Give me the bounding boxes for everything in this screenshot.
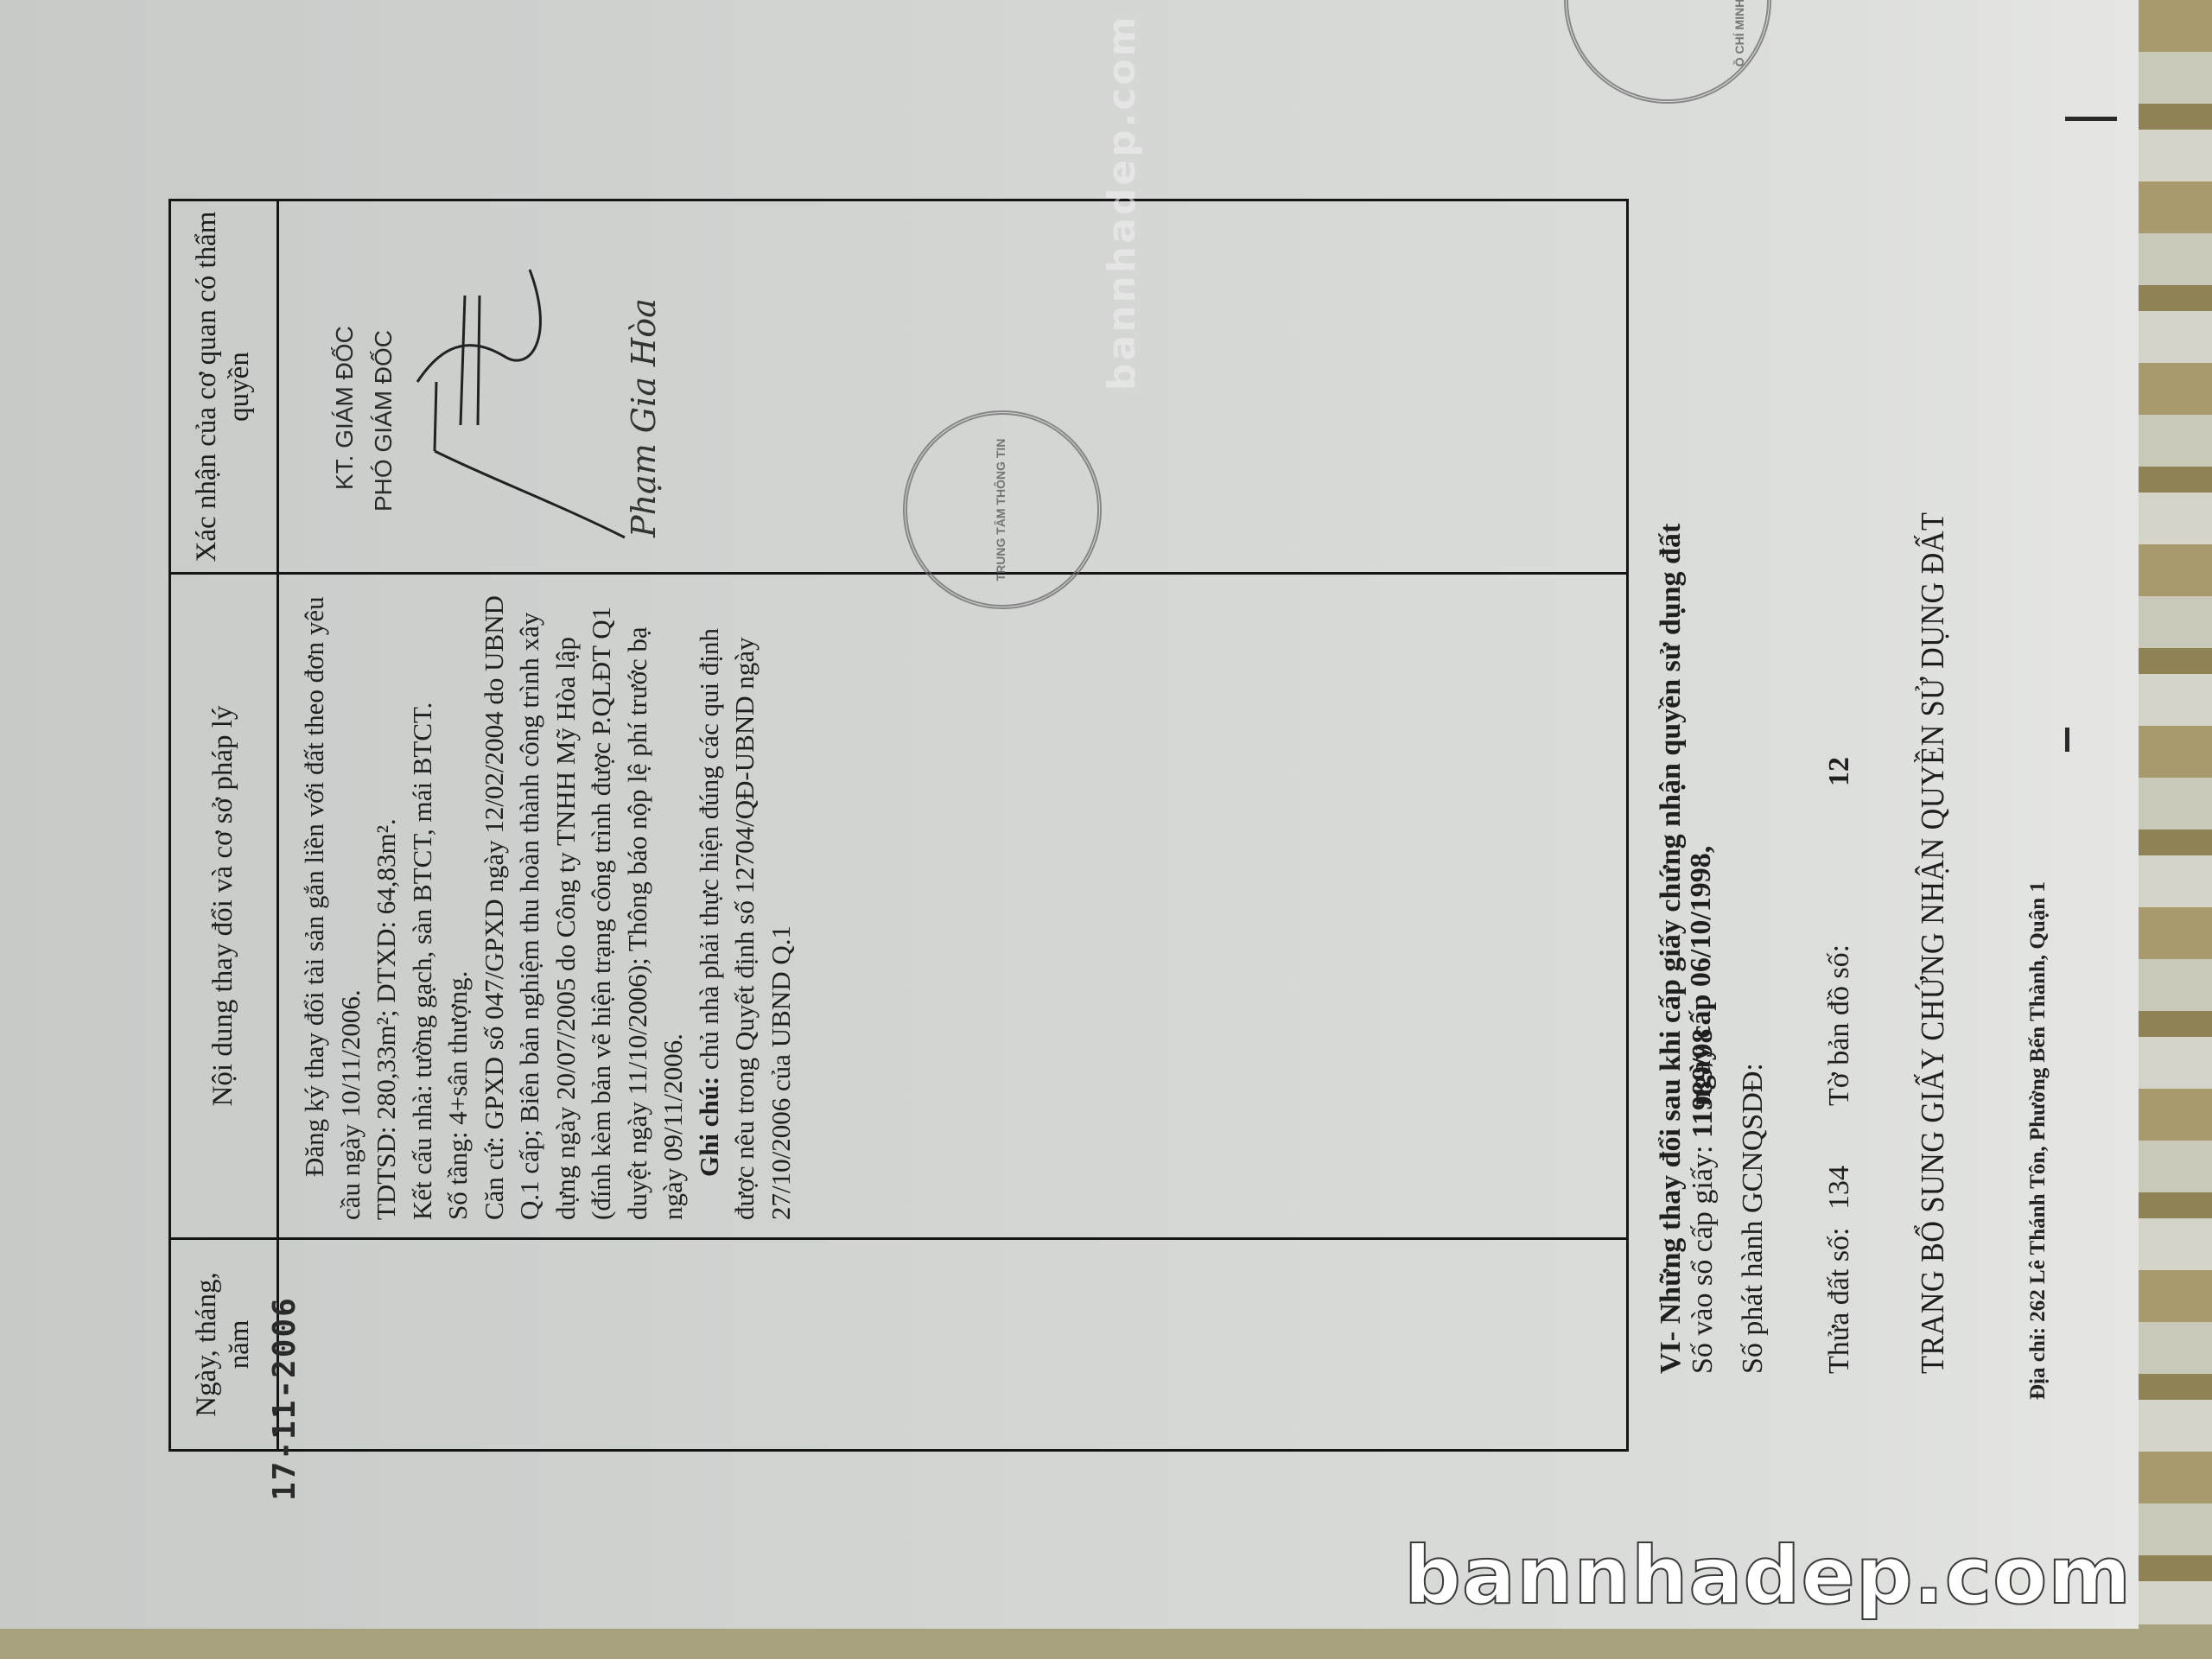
map-sheet-value: 12	[1823, 757, 1856, 786]
rotated-document: Địa chỉ: 262 Lê Thánh Tôn, Phường Bến Th…	[0, 0, 2143, 1659]
issue-number-label: Số phát hành GCNQSDĐ:	[1737, 1063, 1770, 1374]
entry-date: 17-11-2006	[267, 1296, 302, 1501]
watermark-logo: bannhadep.com	[1404, 1529, 2132, 1622]
issue-date: ngày cấp 06/10/1998,	[1685, 846, 1718, 1106]
content-note: Ghi chú: chủ nhà phải thực hiện đúng các…	[691, 581, 799, 1220]
map-sheet-label: Tờ bản đồ số:	[1823, 944, 1856, 1106]
background-fabric	[2134, 0, 2212, 1659]
content-line-area: TDTSD: 280,33m²; DTXD: 64,83m².	[368, 581, 404, 1220]
signer-name: Phạm Gia Hòa	[625, 298, 663, 537]
content-line-floors: Số tầng: 4+sân thượng.	[440, 581, 476, 1220]
signature-icon	[383, 226, 642, 555]
stamp-seal-middle: TRUNG TÂM THÔNG TIN	[903, 410, 1102, 609]
change-content: Đăng ký thay đổi tài sản gắn liền với đấ…	[296, 581, 798, 1220]
changes-table: Ngày, tháng, năm Nội dung thay đổi và cơ…	[168, 199, 1629, 1452]
parcel-value: 134	[1823, 1166, 1856, 1210]
cell-date: 17-11-2006	[279, 1237, 1626, 1449]
header-date: Ngày, tháng, năm	[171, 1237, 276, 1449]
cert-title: KT. GIÁM ĐỐC	[331, 326, 359, 490]
header-content: Nội dung thay đổi và cơ sở pháp lý	[171, 572, 276, 1237]
cell-content: Đăng ký thay đổi tài sản gắn liền với đấ…	[279, 572, 1626, 1237]
book-number-label-text: Số vào sổ cấp giấy:	[1687, 1146, 1719, 1374]
table-row: 17-11-2006 Đăng ký thay đổi tài sản gắn …	[279, 201, 1626, 1449]
header-certification: Xác nhận của cơ quan có thẩm quyền	[171, 201, 276, 572]
stamp-seal-top: Ồ CHÍ MINH • TRƯỜNG	[1564, 0, 1771, 104]
corner-mark-icon	[2065, 117, 2117, 121]
center-mark-icon	[2065, 728, 2069, 752]
parcel-label: Thửa đất số:	[1823, 1227, 1856, 1374]
seal-top-text: Ồ CHÍ MINH • TRƯỜNG	[1732, 0, 1746, 99]
seal-mid-text: TRUNG TÂM THÔNG TIN	[994, 415, 1007, 605]
content-line-basis: Căn cứ: GPXD số 047/GPXD ngày 12/02/2004…	[476, 581, 691, 1220]
content-line-structure: Kết cấu nhà: tường gạch, sàn BTCT, mái B…	[404, 581, 441, 1220]
address-line: Địa chỉ: 262 Lê Thánh Tôn, Phường Bến Th…	[2026, 881, 2050, 1400]
document-title: TRANG BỔ SUNG GIẤY CHỨNG NHẬN QUYỀN SỬ D…	[1914, 512, 1952, 1374]
table-header: Ngày, tháng, năm Nội dung thay đổi và cơ…	[171, 201, 279, 1449]
content-line-registration: Đăng ký thay đổi tài sản gắn liền với đấ…	[296, 581, 368, 1220]
note-label: Ghi chú:	[694, 1077, 724, 1177]
section-title: VI- Những thay đổi sau khi cấp giấy chứn…	[1655, 524, 1688, 1374]
